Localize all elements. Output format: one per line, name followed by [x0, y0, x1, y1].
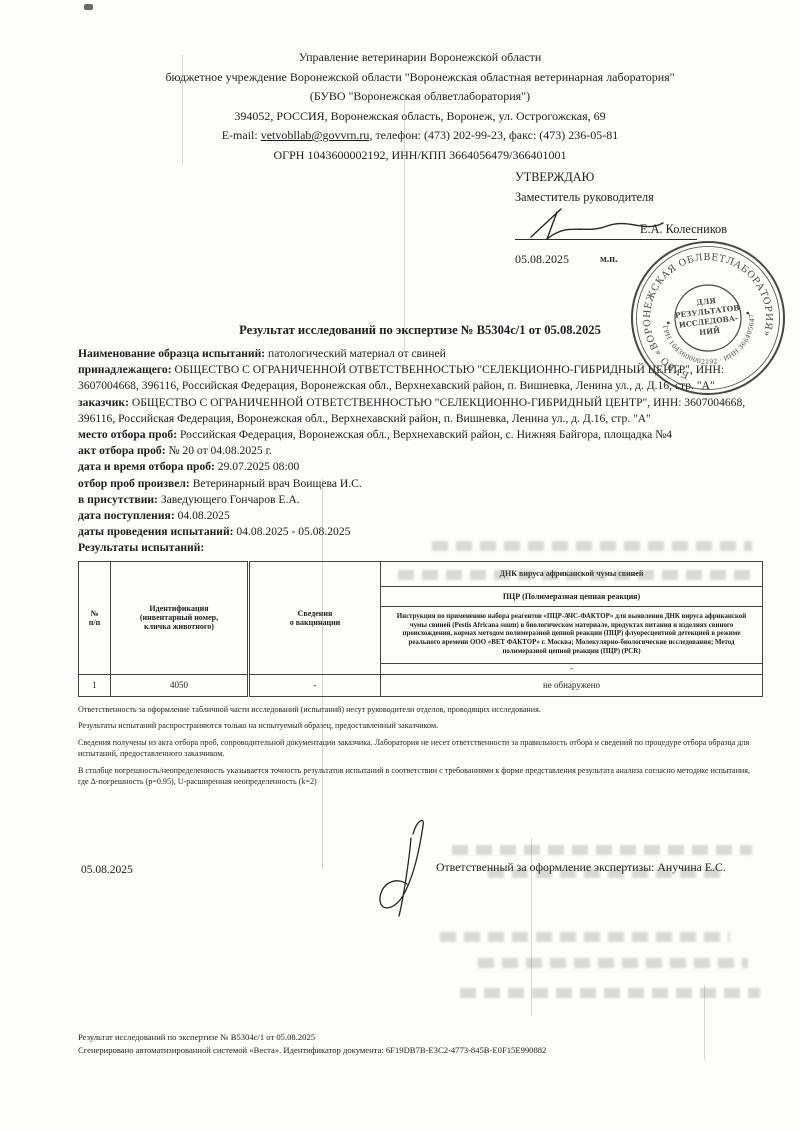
- field-value: 04.08.2025: [175, 509, 230, 522]
- row-vaccination-cell: -: [249, 674, 381, 696]
- footnote-scope: Результаты испытаний распространяются то…: [78, 720, 762, 732]
- body-line-sampling-datetime: дата и время отбора проб: 29.07.2025 08:…: [78, 459, 762, 475]
- field-label: дата поступления:: [78, 509, 175, 522]
- phone-fax: , телефон: (473) 202-99-23, факс: (473) …: [369, 128, 618, 142]
- round-seal-icon: БУВО «ВОРОНЕЖСКАЯ ОБЛВЕТЛАБОРАТОРИЯ» ОГР…: [619, 229, 797, 407]
- header-pcr: ПЦР (Полимеразная цепная реакция): [381, 586, 763, 606]
- signoff-row: 05.08.2025 Ответственный за оформление э…: [78, 814, 762, 934]
- field-label: Результаты испытаний:: [78, 541, 204, 554]
- scan-speck: [84, 4, 93, 10]
- document-page: Управление ветеринарии Воронежской облас…: [0, 0, 800, 1130]
- field-value: Ветеринарный врач Воищева И.С.: [190, 477, 362, 490]
- results-table: № п/п Идентификация (инвентарный номер, …: [78, 561, 763, 697]
- email-address: vetvobllab@govvrn.ru: [261, 128, 370, 142]
- footer-generated-by: Сгенерировано автоматизированной системо…: [78, 1044, 778, 1057]
- body-line-witness: в присутствии: Заведующего Гончаров Е.А.: [78, 492, 762, 508]
- footnote-sampling-info: Сведения получены из акта отбора проб, с…: [78, 737, 762, 760]
- field-label: в присутствии:: [78, 493, 158, 506]
- field-label: дата и время отбора проб:: [78, 460, 215, 473]
- document-footer: Результат исследований по экспертизе № В…: [78, 1031, 778, 1056]
- signature-anuchina-icon: [373, 812, 435, 924]
- footnote-uncertainty: В столбце погрешность/неопределенность у…: [78, 765, 762, 788]
- footnote-responsibility: Ответственность за оформление табличной …: [78, 704, 762, 716]
- row-number-cell: 1: [79, 674, 111, 696]
- field-label: заказчик:: [78, 396, 129, 409]
- body-line-sampling-place: место отбора проб: Российская Федерация,…: [78, 427, 762, 443]
- row-identification-cell: 4050: [111, 674, 249, 696]
- col-header-number: № п/п: [79, 561, 111, 674]
- col-header-identification: Идентификация (инвентарный номер, кличка…: [111, 561, 249, 674]
- letterhead: Управление ветеринарии Воронежской облас…: [78, 48, 762, 165]
- row-result-cell: не обнаружено: [381, 674, 763, 696]
- org-ogrn-inn: ОГРН 1043600002192, ИНН/КПП 3664056479/3…: [78, 146, 762, 166]
- org-full-name: бюджетное учреждение Воронежской области…: [78, 68, 762, 88]
- scan-bleedthrough: [478, 958, 748, 968]
- field-label: Наименование образца испытаний:: [78, 347, 265, 360]
- body-line-results-heading: Результаты испытаний:: [78, 540, 762, 556]
- body-line-testing-dates: даты проведения испытаний: 04.08.2025 - …: [78, 524, 762, 540]
- signature-rule: [515, 239, 697, 240]
- mp-label: м.п.: [600, 254, 618, 265]
- field-label: даты проведения испытаний:: [78, 525, 234, 538]
- field-value: 04.08.2025 - 05.08.2025: [234, 525, 351, 538]
- field-value: 29.07.2025 08:00: [215, 460, 299, 473]
- email-label: E-mail:: [222, 128, 261, 142]
- field-label: акт отбора проб:: [78, 444, 166, 457]
- org-short-name: (БУВО "Воронежская облветлаборатория"): [78, 87, 762, 107]
- org-contacts: E-mail: vetvobllab@govvrn.ru, телефон: (…: [78, 126, 762, 146]
- approve-word: УТВЕРЖДАЮ: [515, 167, 771, 187]
- responsible-person: Ответственный за оформление экспертизы: …: [436, 860, 726, 875]
- header-uncertainty-dash: -: [381, 663, 763, 674]
- col-header-vaccination: Сведения о вакцинации: [249, 561, 381, 674]
- body-line-sampling-act: акт отбора проб: № 20 от 04.08.2025 г.: [78, 443, 762, 459]
- field-value: № 20 от 04.08.2025 г.: [166, 444, 272, 457]
- field-value: Заведующего Гончаров Е.А.: [158, 493, 300, 506]
- field-label: принадлежащего:: [78, 363, 172, 376]
- field-value: Российская Федерация, Воронежская обл., …: [177, 428, 672, 441]
- header-dnk-asf: ДНК вируса африканской чумы свиней: [381, 561, 763, 586]
- org-address: 394052, РОССИЯ, Воронежская область, Вор…: [78, 107, 762, 127]
- scan-bleedthrough: [460, 988, 760, 998]
- field-label: отбор проб произвел:: [78, 477, 190, 490]
- field-value: патологический материал от свиней: [265, 347, 446, 360]
- body-line-received-date: дата поступления: 04.08.2025: [78, 508, 762, 524]
- field-value: ОБЩЕСТВО С ОГРАНИЧЕННОЙ ОТВЕТСТВЕННОСТЬЮ…: [78, 363, 724, 392]
- field-label: место отбора проб:: [78, 428, 177, 441]
- footnotes: Ответственность за оформление табличной …: [78, 704, 762, 788]
- body-line-sampler: отбор проб произвел: Ветеринарный врач В…: [78, 476, 762, 492]
- footer-expertise-ref: Результат исследований по экспертизе № В…: [78, 1031, 778, 1044]
- header-method: Инструкция по применению набора реагенто…: [381, 606, 763, 663]
- signoff-date: 05.08.2025: [81, 864, 133, 876]
- org-administration: Управление ветеринарии Воронежской облас…: [78, 48, 762, 68]
